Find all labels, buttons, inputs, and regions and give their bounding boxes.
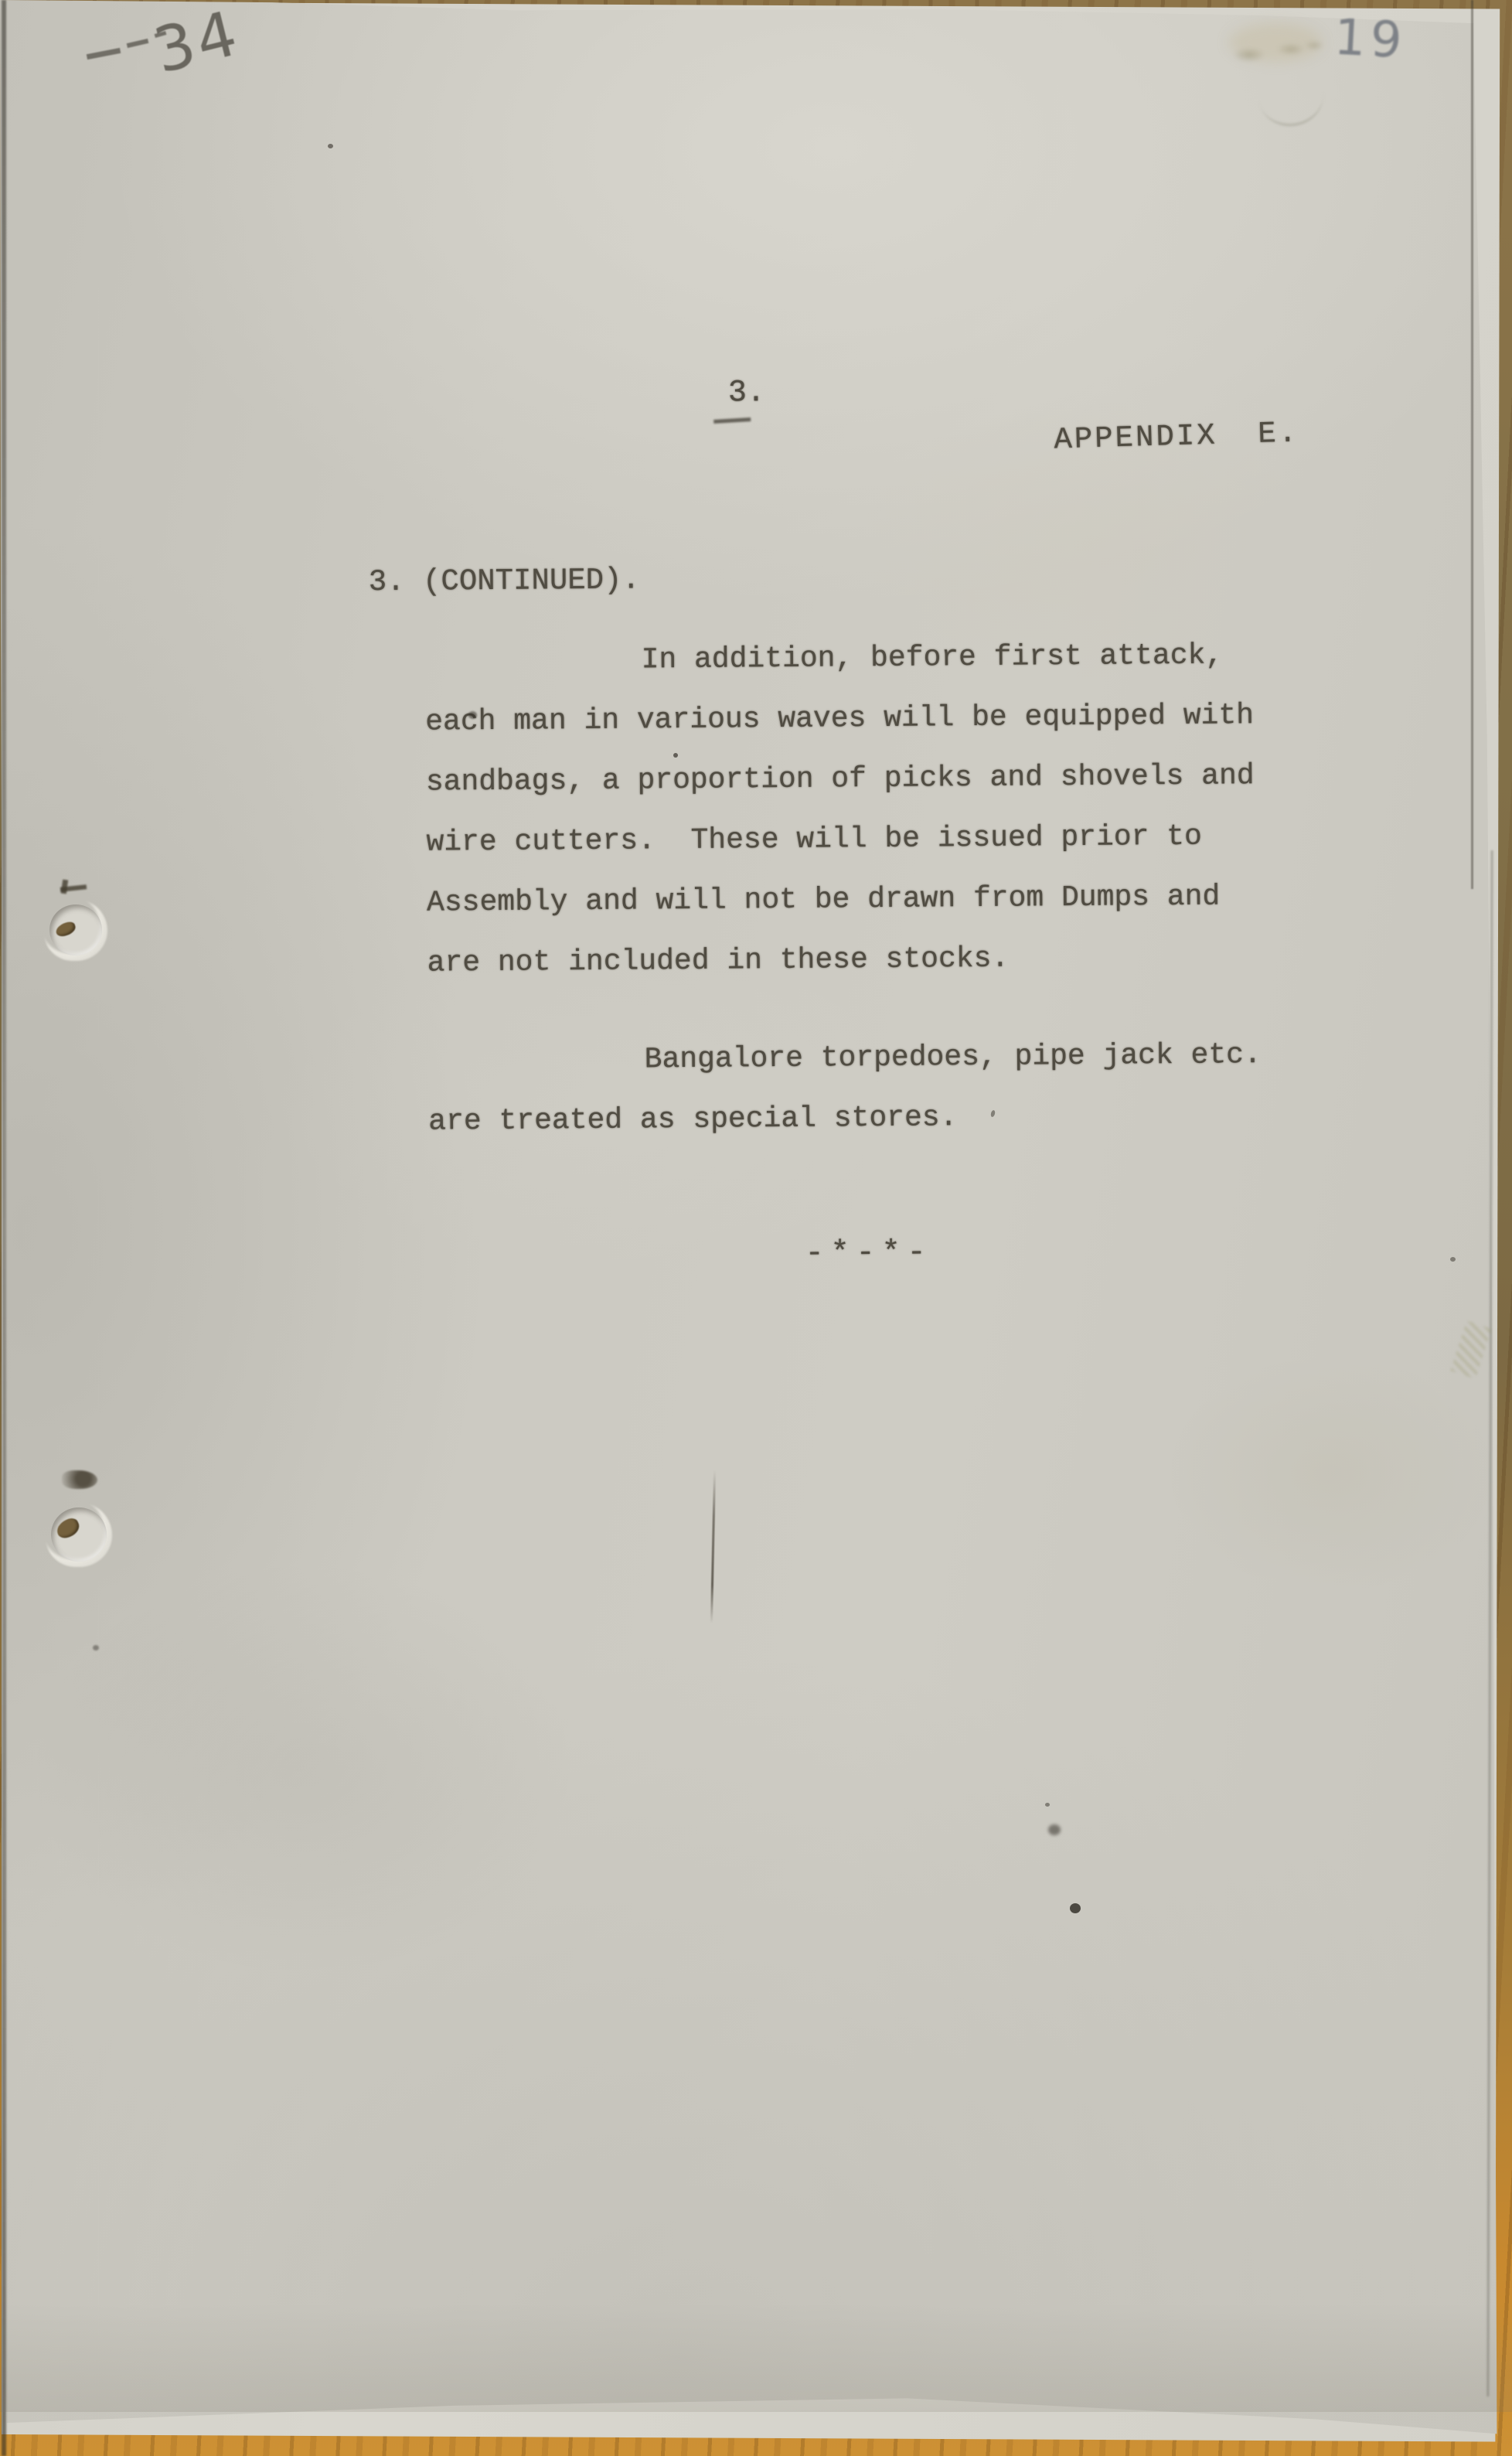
paragraph1-line: wire cutters. These will be issued prior… (426, 820, 1202, 860)
ink-speck (93, 1645, 99, 1650)
paragraph2-line: are treated as special stores. (428, 1101, 957, 1138)
ink-speck (328, 144, 333, 148)
paragraph1-line: each man in various waves will be equipp… (425, 699, 1254, 738)
paragraph1-line: are not included in these stocks. (427, 942, 1010, 980)
ink-speck (673, 753, 678, 758)
paragraph1-line: In addition, before first attack, (641, 639, 1223, 676)
stain (1229, 23, 1322, 62)
ink-speck (1048, 1824, 1061, 1835)
page-number-underline (713, 417, 751, 424)
appendix-label: APPENDIX E. (1054, 416, 1299, 457)
ink-speck (1045, 1803, 1050, 1807)
end-of-section-mark: -*-*- (805, 1235, 933, 1271)
scanned-document-photo: { "document": { "handwritten_number": "3… (0, 0, 1512, 2456)
typed-text-layer: 3. APPENDIX E. 3. (CONTINUED). In additi… (0, 0, 1512, 2456)
ink-speck (1070, 1903, 1081, 1913)
page-number: 3. (728, 376, 765, 410)
ink-speck (1450, 1257, 1456, 1262)
pencil-scribble (62, 1470, 97, 1489)
punch-hole (51, 1507, 107, 1562)
paragraph1-line: Assembly and will not be drawn from Dump… (427, 881, 1220, 920)
ink-speck (468, 711, 477, 719)
punch-hole (49, 904, 102, 955)
section-heading: 3. (CONTINUED). (369, 563, 640, 599)
paragraph1-line: sandbags, a proportion of picks and shov… (426, 759, 1255, 799)
bottom-shading (0, 2304, 1512, 2412)
paragraph2-line: Bangalore torpedoes, pipe jack etc. (645, 1038, 1262, 1076)
